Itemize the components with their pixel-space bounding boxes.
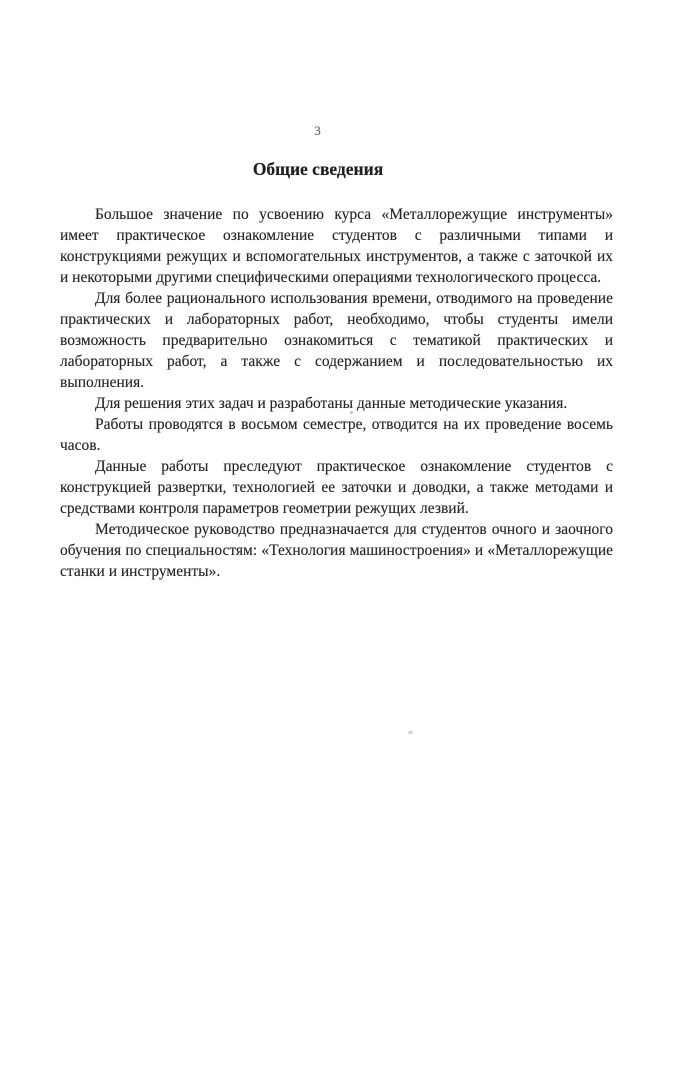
section-heading: Общие сведения (0, 159, 636, 180)
paragraph-rational-time: Для более рационального использования вр… (60, 288, 613, 393)
text-block: Большое значение по усвоению курса «Мета… (60, 204, 613, 582)
paragraph-purpose: Для решения этих задач и разработаны дан… (60, 393, 613, 414)
scan-artifact-speck (408, 731, 413, 734)
scan-artifact-dot (350, 411, 353, 414)
paragraph-intro: Большое значение по усвоению курса «Мета… (60, 204, 613, 288)
paragraph-semester: Работы проводятся в восьмом семестре, от… (60, 414, 613, 456)
paragraph-audience: Методическое руководство предназначается… (60, 519, 613, 582)
page-number: 3 (0, 123, 636, 139)
paragraph-scope: Данные работы преследуют практическое оз… (60, 456, 613, 519)
document-page: 3 Общие сведения Большое значение по усв… (0, 0, 677, 1080)
